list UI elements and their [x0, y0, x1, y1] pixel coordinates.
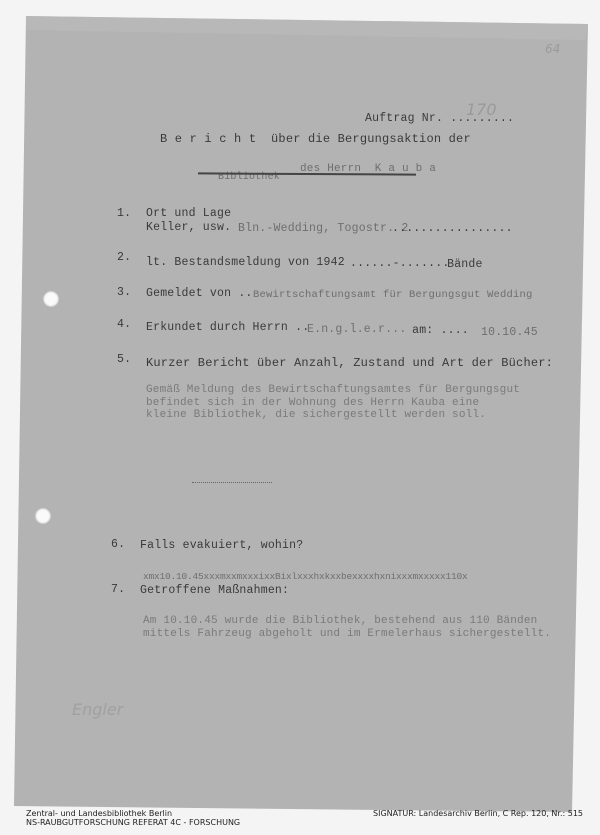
- item-value-date: 10.10.45: [481, 326, 538, 339]
- footer-institution: Zentral- und Landesbibliothek Berlin NS-…: [26, 809, 240, 827]
- item-label: Ort und Lage: [146, 207, 231, 220]
- item-value-location: Bln.-Wedding, Togostr. 2: [238, 222, 408, 235]
- item-unit: Bände: [440, 258, 483, 271]
- item-label: Erkundet durch Herrn ..: [146, 321, 309, 334]
- page-number: 64: [545, 42, 560, 56]
- item-label: Keller, usw.: [146, 221, 238, 234]
- dotted-mark: [192, 482, 272, 483]
- measures-line: Am 10.10.45 wurde die Bibliothek, besteh…: [143, 615, 537, 627]
- item-label: Falls evakuiert, wohin?: [140, 539, 303, 552]
- punch-hole: [35, 508, 51, 524]
- item-label: Gemeldet von ..: [146, 287, 253, 300]
- item-label: Kurzer Bericht über Anzahl, Zustand und …: [146, 356, 553, 370]
- item-value-count: ......-.......: [350, 257, 449, 270]
- item-number: 2.: [117, 251, 131, 264]
- item-number: 4.: [117, 318, 131, 331]
- punch-hole: [43, 291, 59, 307]
- item-number: 6.: [111, 538, 125, 551]
- document-title: B e r i c h t über die Bergungsaktion de…: [160, 132, 471, 146]
- report-line: befindet sich in der Wohnung des Herrn K…: [146, 397, 479, 409]
- footer-line-2: NS-RAUBGUTFORSCHUNG REFERAT 4C - FORSCHU…: [26, 818, 240, 827]
- item-number: 3.: [117, 286, 131, 299]
- item-number: 1.: [117, 207, 131, 220]
- measures-line: mittels Fahrzeug abgeholt und im Ermeler…: [143, 628, 551, 640]
- report-line: kleine Bibliothek, die sichergestellt we…: [146, 409, 486, 421]
- footer-signature: SIGNATUR: Landesarchiv Berlin, C Rep. 12…: [373, 809, 583, 818]
- item-number: 7.: [111, 583, 125, 596]
- item-label: lt. Bestandsmeldung von 1942: [146, 256, 352, 269]
- item-label: am: ....: [405, 324, 469, 337]
- item-number: 5.: [117, 353, 131, 366]
- dotted-fill: .................: [392, 222, 513, 235]
- handwritten-signature: Engler: [72, 700, 123, 719]
- auftrag-number: 170: [466, 100, 497, 119]
- item-value-reporter: Bewirtschaftungsamt für Bergungsgut Wedd…: [253, 289, 533, 301]
- struck-out-line: xmx10.10.45xxxmxxmxxxixxBixlxxxhxkxxbexx…: [143, 571, 468, 582]
- footer-line-1: Zentral- und Landesbibliothek Berlin: [26, 809, 172, 818]
- scanned-document-page: 64 Auftrag Nr. ......... 170 B e r i c h…: [0, 0, 600, 835]
- item-label: Getroffene Maßnahmen:: [140, 584, 289, 597]
- report-line: Gemäß Meldung des Bewirtschaftungsamtes …: [146, 384, 520, 396]
- item-value-explorer: E.n.g.l.e.r...: [307, 323, 406, 336]
